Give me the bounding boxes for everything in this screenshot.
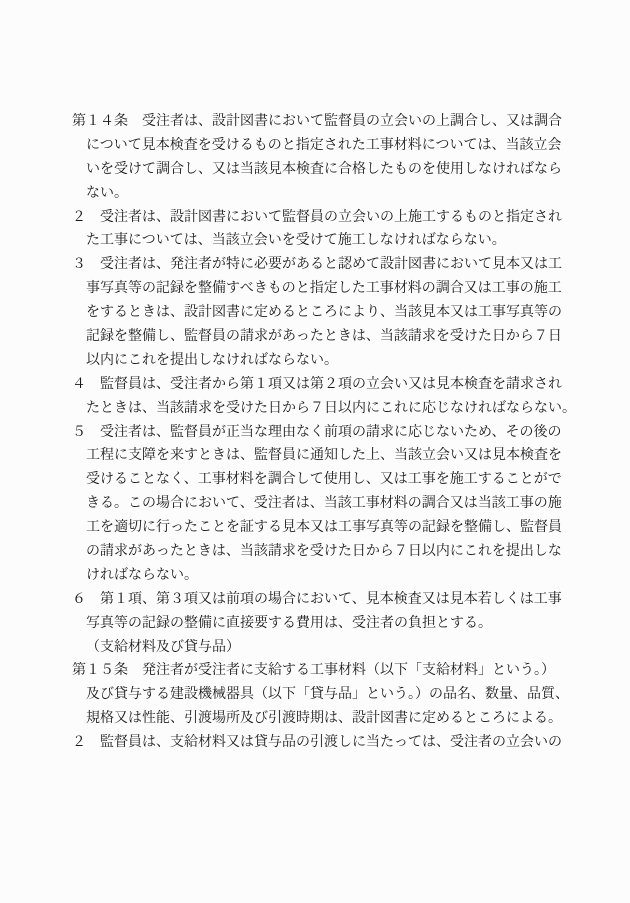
clause-2-line: ２ 受注者は、設計図書において監督員の立会いの上施工するものと指定され xyxy=(72,206,577,230)
document-line: の請求があったときは、当該請求を受けた日から７日以内にこれを提出しな xyxy=(72,540,577,564)
document-line: ければならない。 xyxy=(72,564,577,588)
article-14-heading-line: 第１４条 受注者は、設計図書において監督員の立会いの上調合し、又は調合 xyxy=(72,110,577,134)
document-line: 記録を整備し、監督員の請求があったときは、当該請求を受けた日から７日 xyxy=(72,325,577,349)
document-line: をするときは、設計図書に定めるところにより、当該見本又は工事写真等の xyxy=(72,301,577,325)
clause-4-line: ４ 監督員は、受注者から第１項又は第２項の立会い又は見本検査を請求され xyxy=(72,373,577,397)
document-line: について見本検査を受けるものと指定された工事材料については、当該立会 xyxy=(72,134,577,158)
document-line: 工程に支障を来すときは、監督員に通知した上、当該立会い又は見本検査を xyxy=(72,444,577,468)
contract-document-page: 第１４条 受注者は、設計図書において監督員の立会いの上調合し、又は調合 について… xyxy=(0,0,630,903)
document-line: ない。 xyxy=(72,182,577,206)
document-line: た工事については、当該立会いを受けて施工しなければならない。 xyxy=(72,229,577,253)
document-line: 受けることなく、工事材料を調合して使用し、又は工事を施工することがで xyxy=(72,468,577,492)
document-line: 規格又は性能、引渡場所及び引渡時期は、設計図書に定めるところによる。 xyxy=(72,707,577,731)
document-line: 事写真等の記録を整備すべきものと指定した工事材料の調合又は工事の施工 xyxy=(72,277,577,301)
document-line: 工を適切に行ったことを証する見本又は工事写真等の記録を整備し、監督員 xyxy=(72,516,577,540)
document-line: 及び貸与する建設機械器具（以下「貸与品」という。）の品名、数量、品質、 xyxy=(72,683,577,707)
document-line: たときは、当該請求を受けた日から７日以内にこれに応じなければならない。 xyxy=(72,397,577,421)
clause-6-line: ６ 第１項、第３項又は前項の場合において、見本検査又は見本若しくは工事 xyxy=(72,588,577,612)
document-line: きる。この場合において、受注者は、当該工事材料の調合又は当該工事の施 xyxy=(72,492,577,516)
contract-text-block: 第１４条 受注者は、設計図書において監督員の立会いの上調合し、又は調合 について… xyxy=(72,110,577,755)
article-15-heading-line: 第１５条 発注者が受注者に支給する工事材料（以下「支給材料」という。） xyxy=(72,659,577,683)
section-heading-kyokyu-zairyo: （支給材料及び貸与品） xyxy=(72,636,577,660)
document-line: 写真等の記録の整備に直接要する費用は、受注者の負担とする。 xyxy=(72,612,577,636)
clause-5-line: ５ 受注者は、監督員が正当な理由なく前項の請求に応じないため、その後の xyxy=(72,421,577,445)
document-line: いを受けて調合し、又は当該見本検査に合格したものを使用しなければなら xyxy=(72,158,577,182)
clause-3-line: ３ 受注者は、発注者が特に必要があると認めて設計図書において見本又は工 xyxy=(72,253,577,277)
document-line: 以内にこれを提出しなければならない。 xyxy=(72,349,577,373)
clause-2-article15-line: ２ 監督員は、支給材料又は貸与品の引渡しに当たっては、受注者の立会いの xyxy=(72,731,577,755)
